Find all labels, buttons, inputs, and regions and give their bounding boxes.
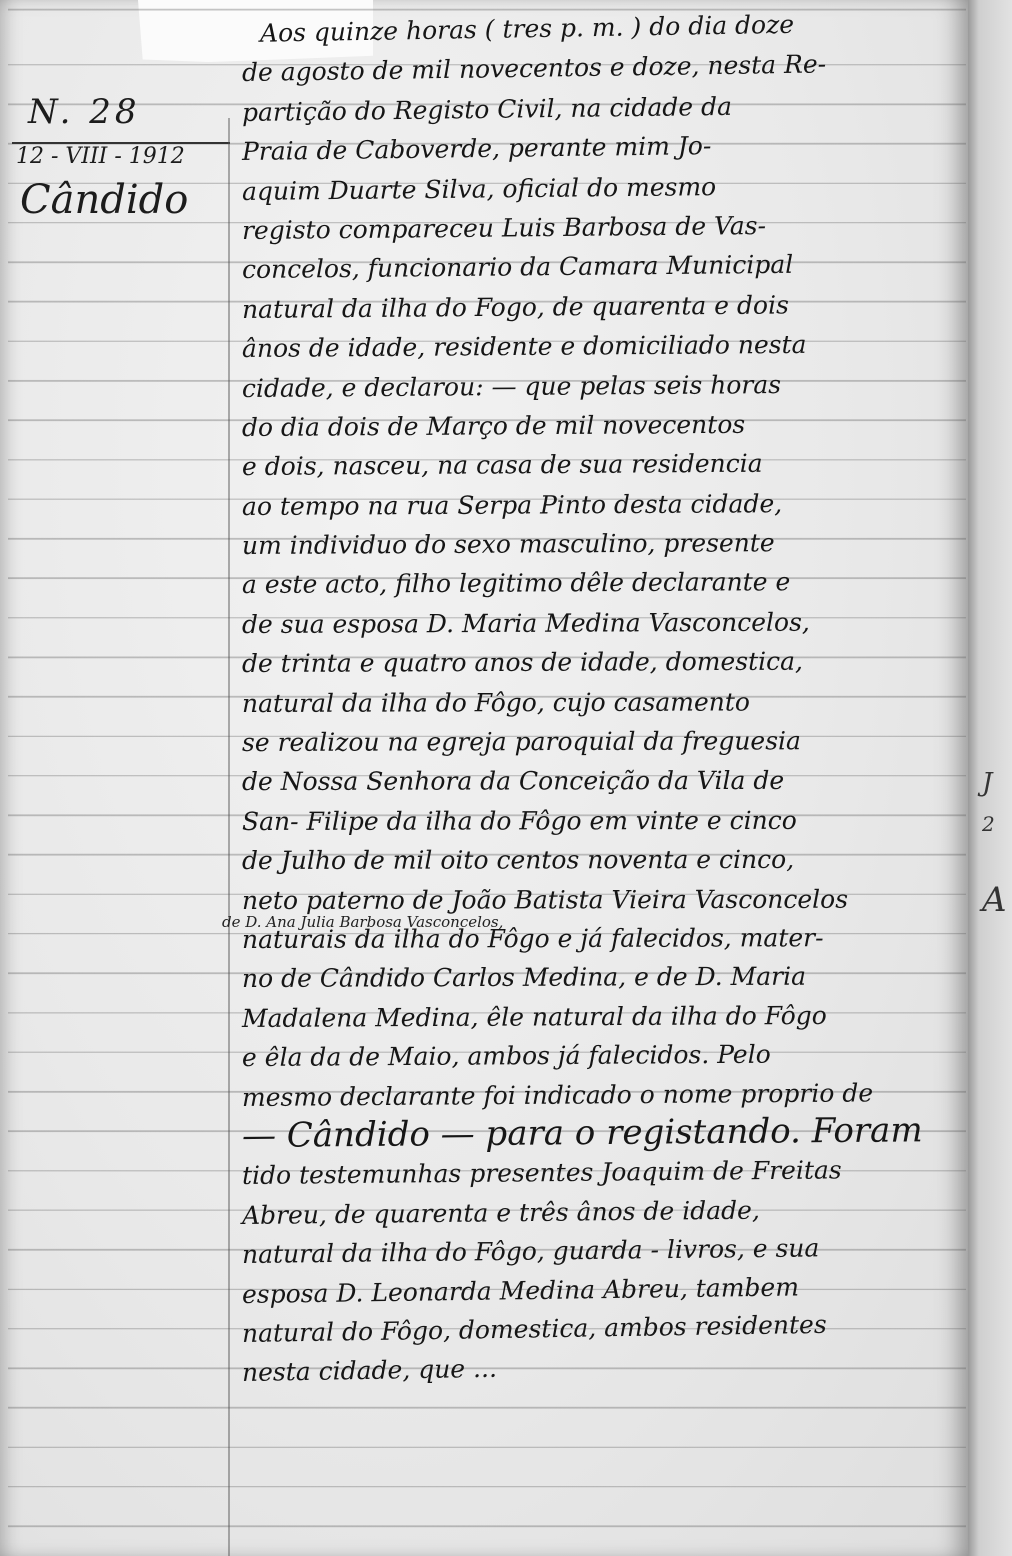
body-line: de Julho de mil oito centos noventa e ci… xyxy=(242,840,964,881)
entry-number: N. 28 xyxy=(28,92,224,132)
body-line: de trinta e quatro anos de idade, domest… xyxy=(242,641,964,683)
body-line: no de Cândido Carlos Medina, e de D. Mar… xyxy=(242,956,964,998)
body-line: se realizou na egreja paroquial da fregu… xyxy=(242,721,964,763)
body-line: e dois, nasceu, na casa de sua residenci… xyxy=(242,443,964,487)
body-line: natural da ilha do Fogo, de quarenta e d… xyxy=(242,284,964,329)
body-line: cidade, e declarou: — que pelas seis hor… xyxy=(242,363,964,408)
facing-page-fragment: A xyxy=(982,880,1007,920)
body-line: San- Filipe da ilha do Fôgo em vinte e c… xyxy=(242,800,964,841)
register-page: N. 28 12 - VIII - 1912 Cândido Aos quinz… xyxy=(0,0,968,1556)
body-line: de sua esposa D. Maria Medina Vasconcelo… xyxy=(242,602,964,644)
body-line: um individuo do sexo masculino, presente xyxy=(242,522,964,565)
body-line: concelos, funcionario da Camara Municipa… xyxy=(242,244,964,290)
entry-body-text: Aos quinze horas ( tres p. m. ) do dia d… xyxy=(242,14,964,1393)
facing-page-fragment: 2 xyxy=(982,812,995,836)
body-line: a este acto, filho legitimo dêle declara… xyxy=(242,562,964,605)
body-line: aquim Duarte Silva, oficial do mesmo xyxy=(242,164,964,211)
body-line: e êla da de Maio, ambos já falecidos. Pe… xyxy=(242,1034,964,1078)
body-line: naturais da ilha do Fôgo e já falecidos,… xyxy=(242,918,964,960)
margin-vertical-rule xyxy=(228,118,230,1556)
body-line: Madalena Medina, êle natural da ilha do … xyxy=(242,995,964,1038)
body-line: do dia dois de Março de mil novecentos xyxy=(242,403,964,447)
registrant-name: Cândido xyxy=(20,177,224,223)
body-line: ao tempo na rua Serpa Pinto desta cidade… xyxy=(242,483,964,526)
facing-page-fragment: J xyxy=(982,768,992,798)
margin-column: N. 28 12 - VIII - 1912 Cândido xyxy=(14,92,224,223)
body-line: ânos de idade, residente e domiciliado n… xyxy=(242,324,964,369)
body-line: Praia de Caboverde, perante mim Jo- xyxy=(242,123,964,171)
body-line: natural da ilha do Fôgo, cujo casamento xyxy=(242,681,964,723)
body-line: de Nossa Senhora da Conceição da Vila de xyxy=(242,761,964,802)
entry-date: 12 - VIII - 1912 xyxy=(16,144,224,169)
